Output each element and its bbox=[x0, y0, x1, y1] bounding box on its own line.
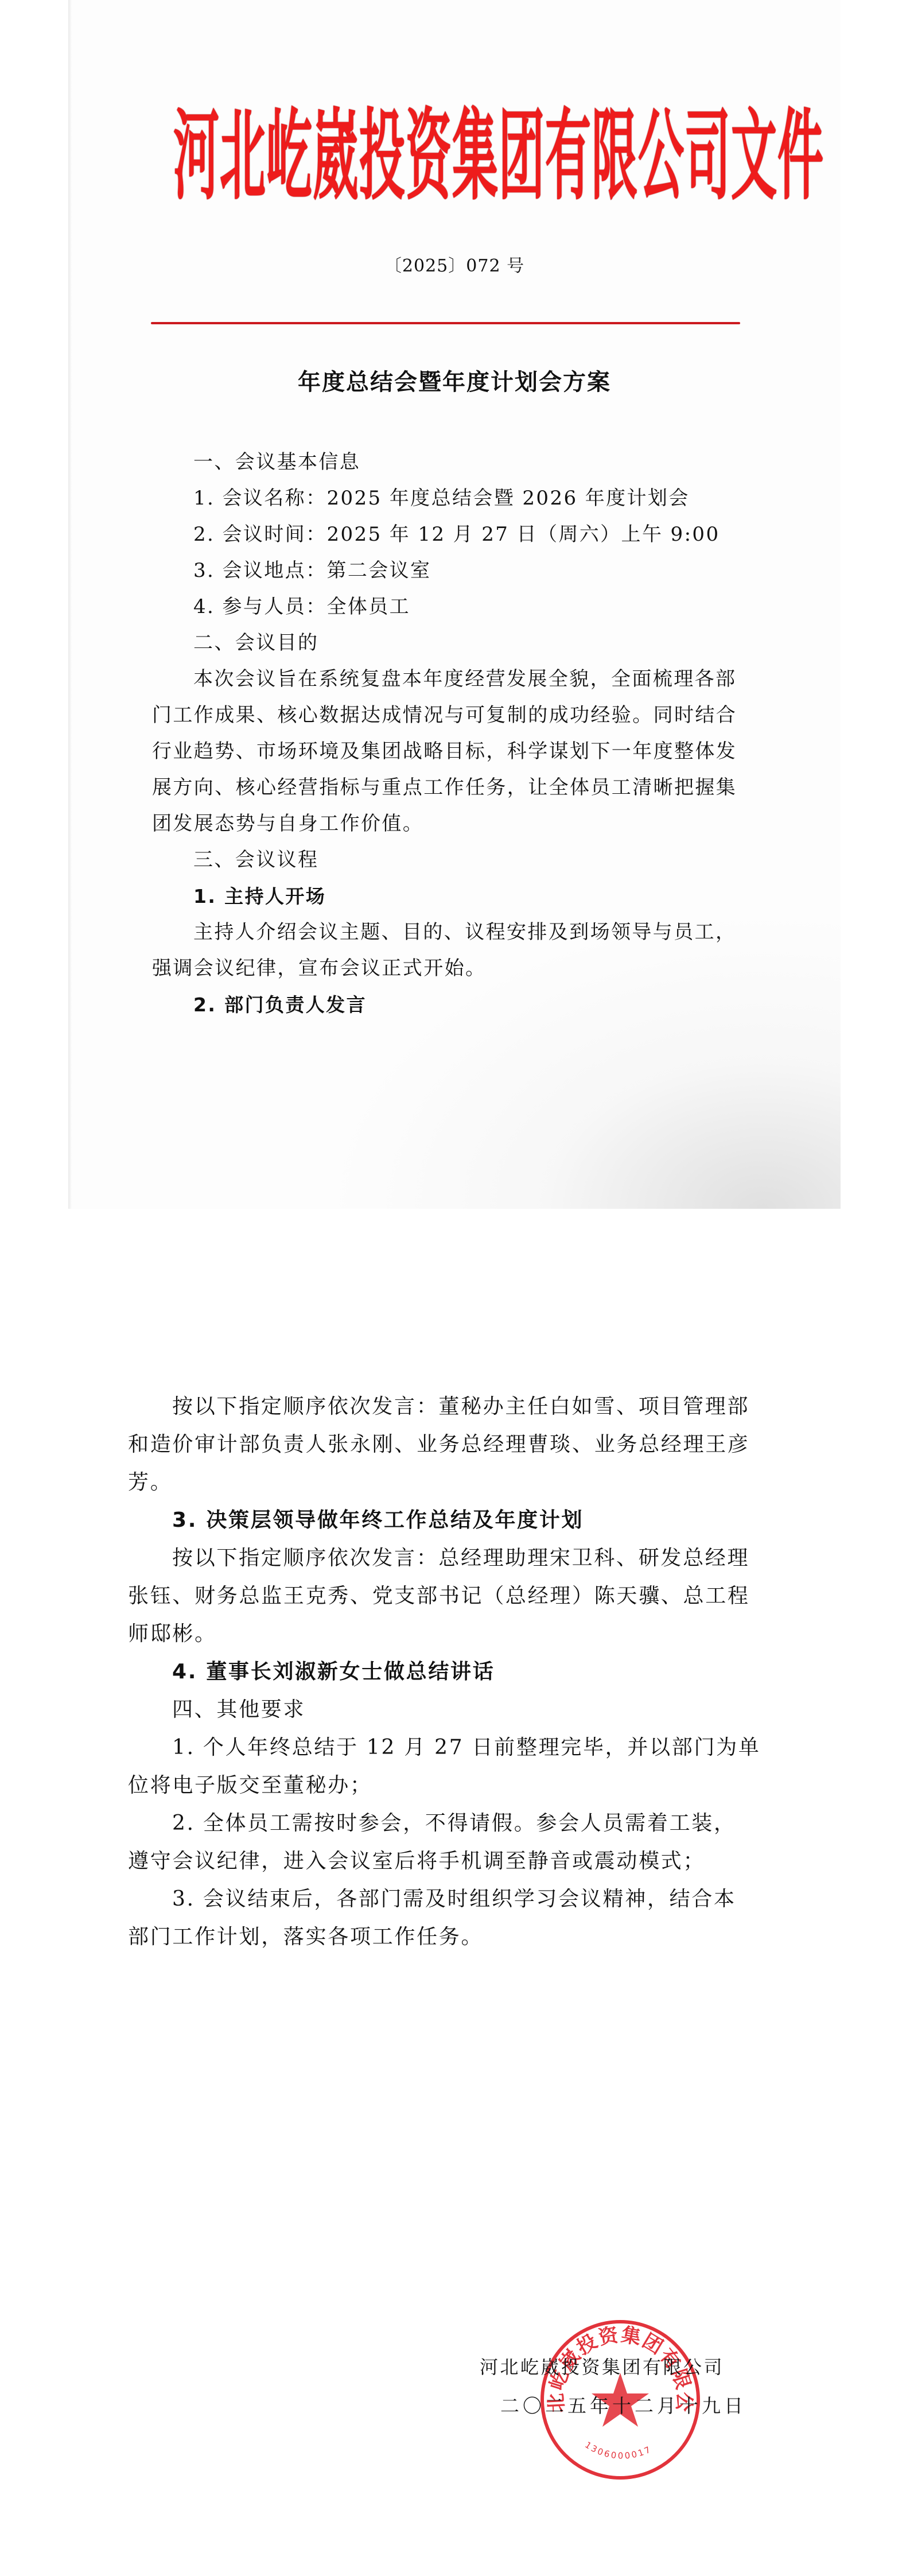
agenda-item-heading: 1. 主持人开场 bbox=[152, 878, 741, 914]
section-heading: 一、会议基本信息 bbox=[152, 444, 741, 480]
document-title: 年度总结会暨年度计划会方案 bbox=[68, 368, 841, 396]
requirement-item: 3. 会议结束后，各部门需及时组织学习会议精神，结合本 bbox=[128, 1880, 753, 1918]
paragraph-line: 门工作成果、核心数据达成情况与可复制的成功经验。同时结合 bbox=[152, 697, 741, 734]
info-item: 3. 会议地点：第二会议室 bbox=[152, 553, 741, 589]
paragraph-line: 芳。 bbox=[128, 1464, 753, 1502]
paragraph-line: 按以下指定顺序依次发言：董秘办主任白如雪、项目管理部 bbox=[128, 1388, 753, 1426]
requirement-item: 2. 全体员工需按时参会，不得请假。参会人员需着工装， bbox=[128, 1805, 753, 1842]
paragraph-line: 部门工作计划，落实各项工作任务。 bbox=[128, 1918, 753, 1956]
requirement-item: 1. 个人年终总结于 12 月 27 日前整理完毕，并以部门为单 bbox=[128, 1729, 753, 1767]
issuer-red-header: 河北屹崴投资集团有限公司文件 bbox=[173, 107, 733, 323]
paragraph-line: 师邸彬。 bbox=[128, 1615, 753, 1653]
paragraph-line: 本次会议旨在系统复盘本年度经营发展全貌，全面梳理各部 bbox=[152, 661, 741, 697]
svg-text:1306000017: 1306000017 bbox=[583, 2439, 654, 2461]
paragraph-line: 展方向、核心经营指标与重点工作任务，让全体员工清晰把握集 bbox=[152, 770, 741, 806]
red-separator-line bbox=[151, 322, 740, 324]
issuing-company-name: 河北屹崴投资集团有限公司 bbox=[480, 2356, 724, 2379]
issue-date: 二〇二五年十二月十九日 bbox=[500, 2395, 746, 2418]
section-heading: 二、会议目的 bbox=[152, 625, 741, 661]
info-item: 1. 会议名称：2025 年度总结会暨 2026 年度计划会 bbox=[152, 480, 741, 517]
paragraph-line: 张钰、财务总监王克秀、党支部书记（总经理）陈天骥、总工程 bbox=[128, 1577, 753, 1615]
agenda-item-heading: 3. 决策层领导做年终工作总结及年度计划 bbox=[128, 1502, 753, 1539]
page2-body: 按以下指定顺序依次发言：董秘办主任白如雪、项目管理部 和造价审计部负责人张永刚、… bbox=[128, 1388, 753, 1956]
paragraph-line: 主持人介绍会议主题、目的、议程安排及到场领导与员工， bbox=[152, 914, 741, 951]
paragraph-line: 团发展态势与自身工作价值。 bbox=[152, 806, 741, 842]
info-item: 2. 会议时间：2025 年 12 月 27 日（周六）上午 9:00 bbox=[152, 517, 741, 553]
paragraph-line: 位将电子版交至董秘办； bbox=[128, 1767, 753, 1805]
page1-body: 一、会议基本信息 1. 会议名称：2025 年度总结会暨 2026 年度计划会 … bbox=[152, 444, 741, 1023]
document-page-1: 河北屹崴投资集团有限公司文件 〔2025〕072 号 年度总结会暨年度计划会方案… bbox=[68, 0, 841, 1209]
agenda-item-heading: 4. 董事长刘淑新女士做总结讲话 bbox=[128, 1653, 753, 1691]
paragraph-line: 行业趋势、市场环境及集团战略目标，科学谋划下一年度整体发 bbox=[152, 734, 741, 770]
paragraph-line: 按以下指定顺序依次发言：总经理助理宋卫科、研发总经理 bbox=[128, 1539, 753, 1577]
section-heading: 四、其他要求 bbox=[128, 1691, 753, 1729]
paragraph-line: 和造价审计部负责人张永刚、业务总经理曹琰、业务总经理王彦 bbox=[128, 1426, 753, 1464]
paragraph-line: 遵守会议纪律，进入会议室后将手机调至静音或震动模式； bbox=[128, 1842, 753, 1880]
agenda-item-heading: 2. 部门负责人发言 bbox=[152, 987, 741, 1023]
document-number: 〔2025〕072 号 bbox=[68, 255, 841, 278]
section-heading: 三、会议议程 bbox=[152, 842, 741, 878]
paragraph-line: 强调会议纪律，宣布会议正式开始。 bbox=[152, 951, 741, 987]
info-item: 4. 参与人员：全体员工 bbox=[152, 589, 741, 625]
